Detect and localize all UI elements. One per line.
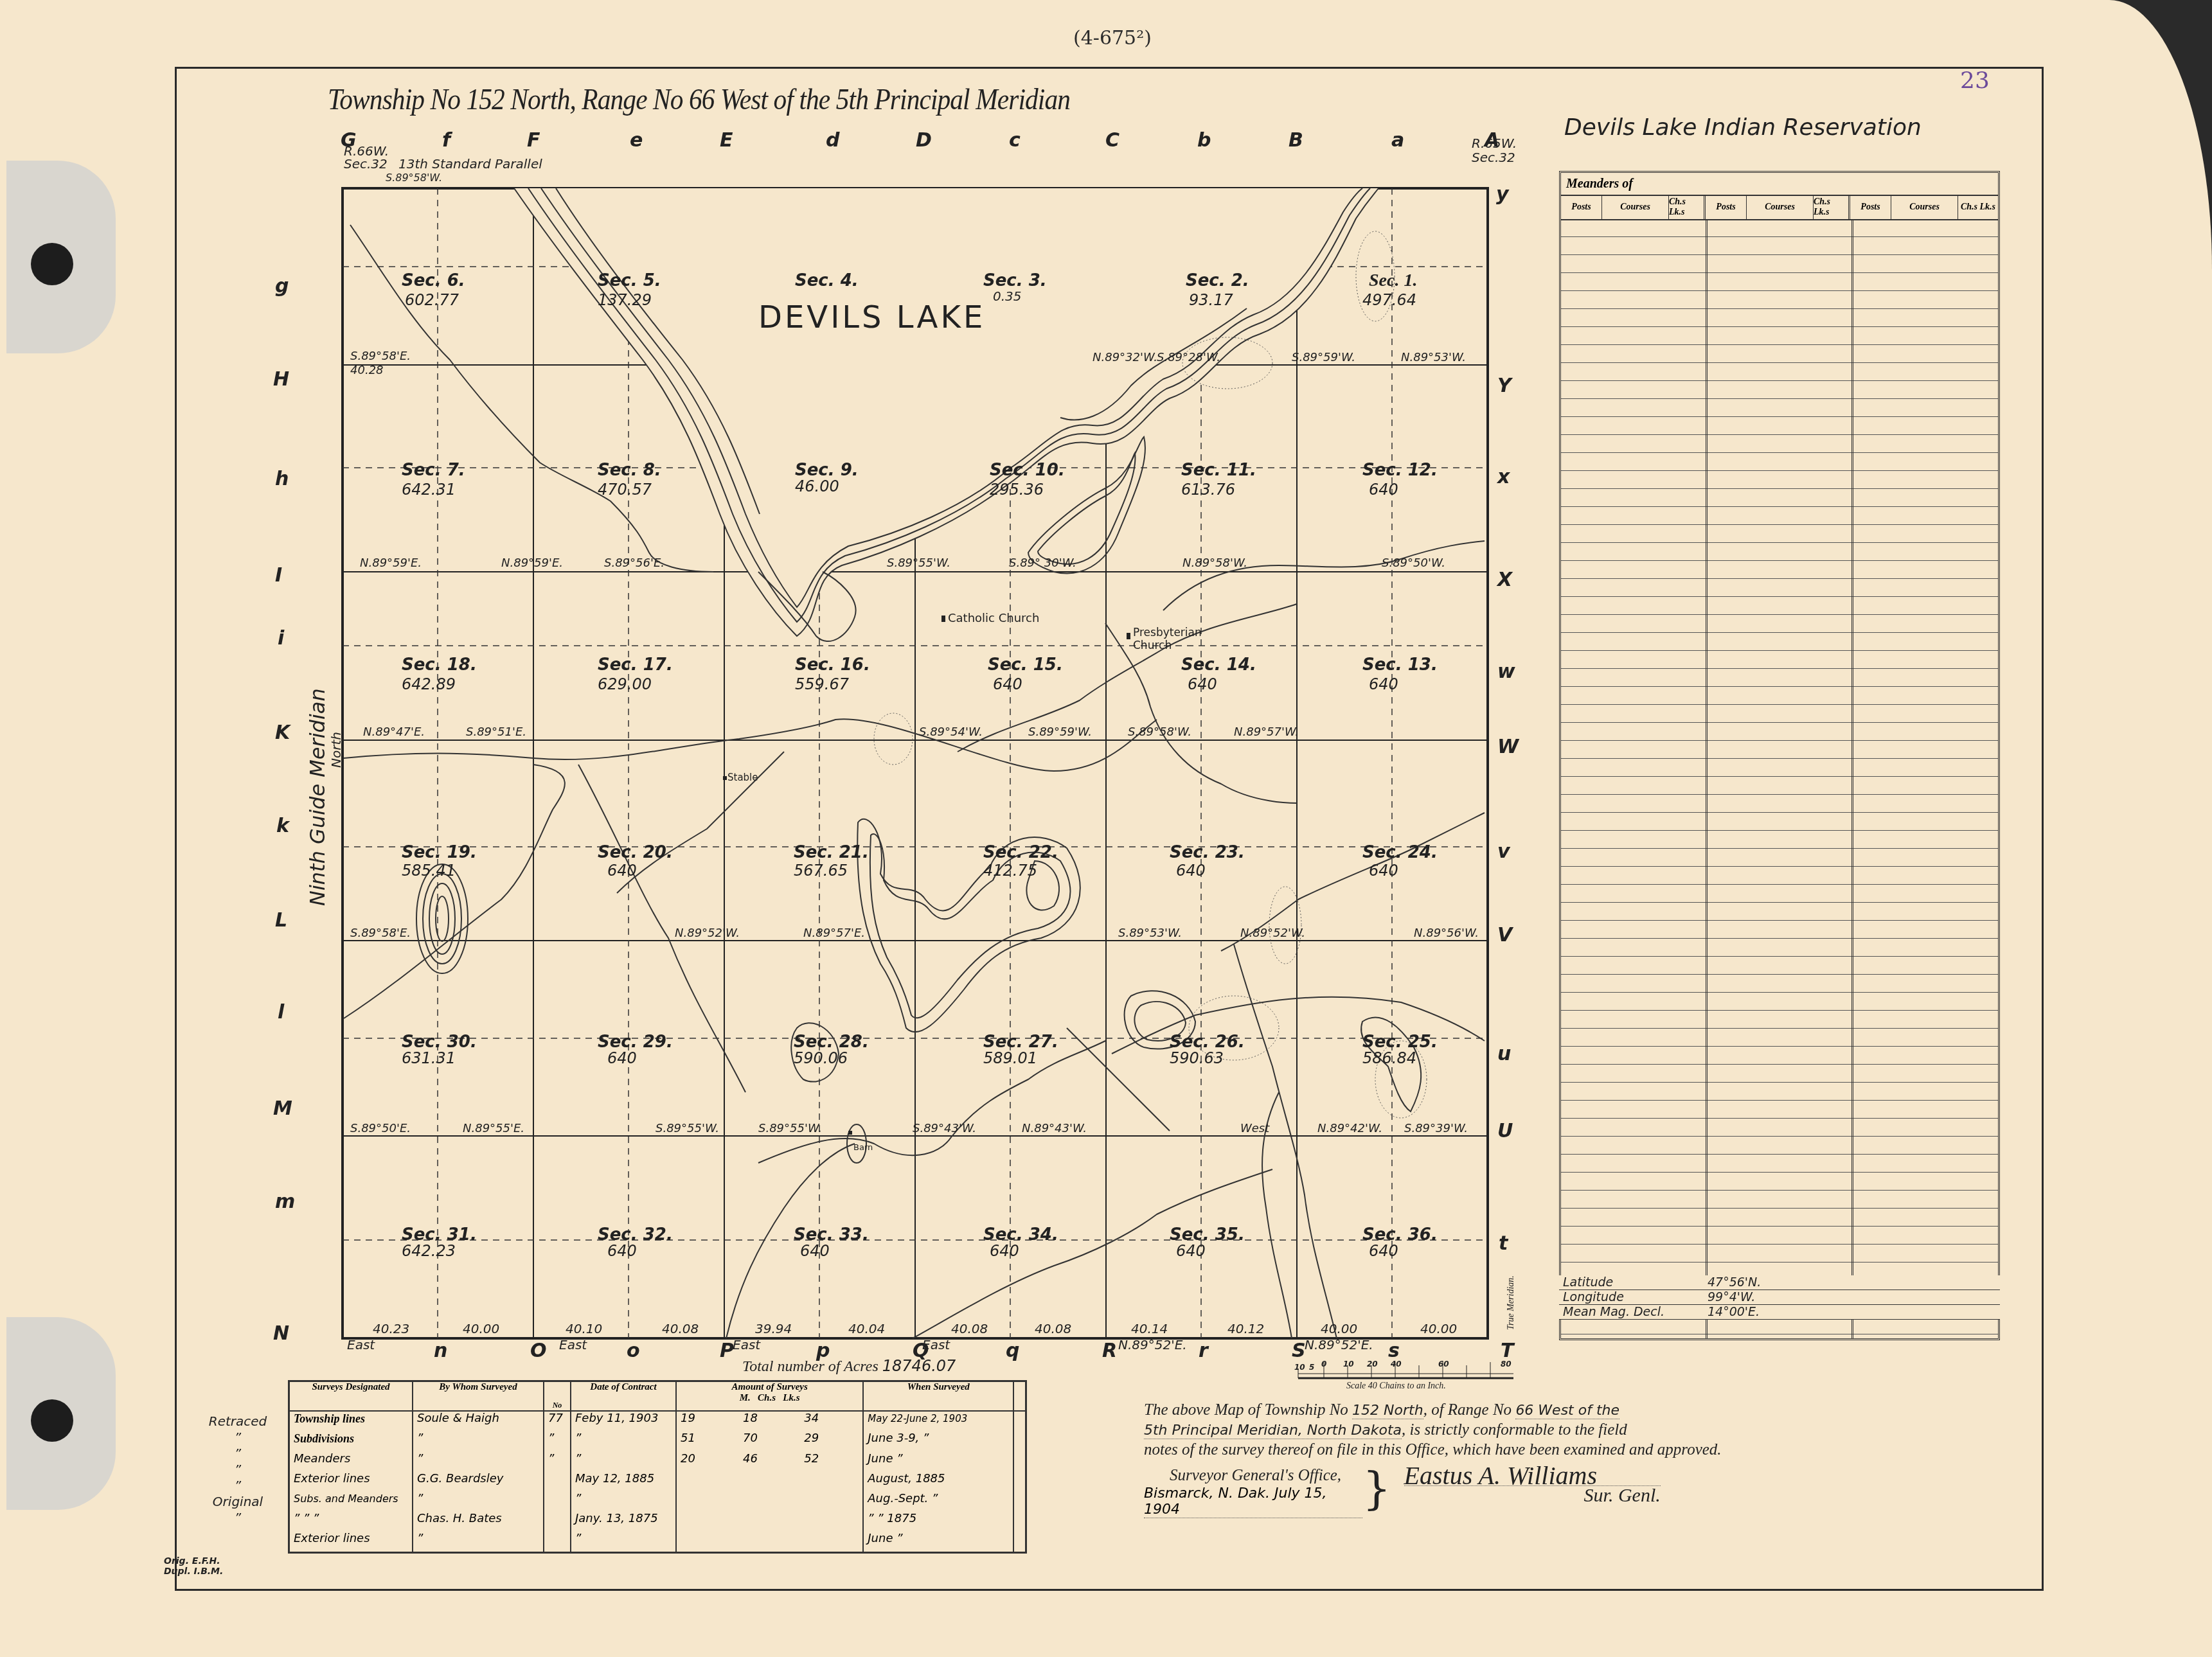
svg-text:I: I [275,564,282,587]
svg-text:S.89°55'W.: S.89°55'W. [887,556,950,570]
svg-text:10: 10 [1343,1360,1354,1369]
svg-text:R: R [1102,1340,1117,1362]
survey-plat-sheet: (4-675²) 23 Township No 152 North, Range… [0,0,2212,1657]
meanders-title: Meanders of [1561,173,1998,196]
table-row: Exterior lines”” June ” [290,1532,1025,1552]
meanders-ruled-body [1561,219,1998,1338]
svg-text:Sec. 20.: Sec. 20. [598,843,673,862]
svg-text:Sec. 23.: Sec. 23. [1170,843,1245,862]
svg-text:w: w [1497,660,1515,683]
svg-text:602.77: 602.77 [405,291,459,309]
svg-text:640: 640 [1369,675,1398,693]
svg-text:589.01: 589.01 [983,1049,1037,1067]
svg-text:S.89°55'W.: S.89°55'W. [758,1122,822,1135]
header-date-of-contract: Date of Contract [571,1382,676,1411]
svg-text:N: N [273,1322,289,1345]
svg-text:Presbyterian: Presbyterian [1133,626,1202,639]
svg-text:Sec. 3.: Sec. 3. [983,271,1047,290]
svg-text:y: y [1496,183,1510,206]
svg-text:295.36: 295.36 [990,481,1044,499]
survey-status-column: Retraced ” ” ” ” Original ” [193,1413,283,1526]
lake-label: DEVILS LAKE [758,299,985,335]
col-posts: Posts [1561,196,1602,219]
svg-text:Sec.32: Sec.32 [1472,150,1515,165]
svg-text:20: 20 [1367,1360,1378,1369]
svg-text:N.89°52'E.: N.89°52'E. [1118,1337,1187,1352]
svg-text:Church: Church [1133,639,1172,652]
svg-text:P: P [720,1340,734,1362]
surveyor-certificate: The above Map of Township No 152 North, … [1144,1401,1806,1518]
top-letters: GfFe EdDc CbBa A [341,129,1499,152]
table-row: Subdivisions””” 517029June 3-9, ” [290,1431,1025,1451]
scale-bar: 1050 102040 6080 [1294,1360,1513,1378]
cert-office: Surveyor General's Office, [1144,1466,1362,1485]
svg-text:40.04: 40.04 [848,1321,885,1336]
svg-text:N.89°42'W.: N.89°42'W. [1317,1122,1382,1135]
svg-text:i: i [278,627,285,650]
svg-text:S.89°39'W.: S.89°39'W. [1404,1122,1468,1135]
header-blank [1013,1382,1025,1411]
total-acres: Total number of Acres 18746.07 [742,1357,956,1376]
svg-text:N.89°59'E.: N.89°59'E. [360,556,422,570]
svg-text:e: e [630,129,643,152]
surveyor-signature: Eastus A. Williams [1404,1466,1661,1486]
header-by-whom: By Whom Surveyed [413,1382,544,1411]
table-row: Subs. and Meanders”” Aug.-Sept. ” [290,1492,1025,1512]
svg-text:U: U [1497,1120,1513,1142]
table-row: Meanders””” 204652June ” [290,1452,1025,1472]
svg-text:40.12: 40.12 [1227,1321,1264,1336]
svg-text:640: 640 [1188,675,1217,693]
cert-place-date: Bismarck, N. Dak. July 15, 1904 [1144,1485,1362,1518]
svg-text:Sec. 7.: Sec. 7. [402,461,465,480]
svg-text:b: b [1197,129,1211,152]
svg-text:S.89° 30'W.: S.89° 30'W. [1009,556,1076,570]
svg-text:Sec. 15.: Sec. 15. [988,655,1063,675]
svg-text:N.89°53'W.: N.89°53'W. [1401,351,1466,364]
svg-text:640: 640 [800,1242,830,1260]
svg-text:North: North [328,732,344,768]
svg-text:Sec. 4.: Sec. 4. [795,271,859,290]
svg-text:642.31: 642.31 [402,481,456,499]
svg-text:40.23: 40.23 [373,1321,409,1336]
svg-text:10: 10 [1294,1363,1305,1372]
geo-coordinates: Latitude 47°56'N. Longitude 99°4'W. Mean… [1559,1275,2000,1320]
svg-text:412.75: 412.75 [983,862,1037,880]
svg-text:c: c [1009,129,1021,152]
svg-text:13th Standard Parallel: 13th Standard Parallel [398,156,542,172]
bottom-distances: 40.2340.0040.1040.08 39.9440.0440.0840.0… [347,1321,1457,1352]
scale-label: Scale 40 Chains to an Inch. [1346,1381,1446,1392]
svg-text:N.89°57'E.: N.89°57'E. [803,926,865,940]
svg-text:0.35: 0.35 [993,288,1022,304]
svg-text:N.89°52'E.: N.89°52'E. [1305,1337,1373,1352]
svg-text:C: C [1105,129,1119,152]
svg-text:640: 640 [607,862,637,880]
svg-text:640: 640 [993,675,1022,693]
svg-text:40.00: 40.00 [1420,1321,1457,1336]
svg-text:S.89°58'W.: S.89°58'W. [1128,725,1191,739]
svg-text:l: l [278,1001,285,1023]
svg-text:40.00: 40.00 [1321,1321,1357,1336]
svg-text:586.84: 586.84 [1362,1049,1416,1067]
total-acres-value: 18746.07 [882,1357,956,1375]
table-row: Exterior linesG.G. BeardsleyMay 12, 1885… [290,1472,1025,1492]
svg-text:Catholic Church: Catholic Church [948,612,1039,625]
svg-text:L: L [275,909,287,932]
svg-text:640: 640 [607,1242,637,1260]
svg-text:Sec. 11.: Sec. 11. [1181,461,1256,480]
svg-text:N.89°32'W.: N.89°32'W. [1093,351,1157,364]
svg-text:S.89°58'W.: S.89°58'W. [386,172,442,184]
cert-meridian: 5th Principal Meridian, North Dakota [1144,1422,1402,1439]
svg-text:Sec. 1.: Sec. 1. [1369,270,1417,290]
svg-text:Sec. 22.: Sec. 22. [983,843,1058,862]
svg-text:N.89°57'W.: N.89°57'W. [1234,725,1299,739]
meanders-table: Meanders of Posts Courses Ch.s Lk.s Post… [1559,171,2000,1340]
header-surveys-designated: Surveys Designated [290,1382,413,1411]
svg-text:137.29: 137.29 [598,291,652,309]
svg-text:N.89°56'W.: N.89°56'W. [1414,926,1479,940]
svg-text:40.00: 40.00 [463,1321,499,1336]
svg-text:640: 640 [1369,862,1398,880]
svg-text:S.89°59'W.: S.89°59'W. [1028,725,1092,739]
table-row: Township linesSoule & Haigh77Feby 11, 19… [290,1411,1025,1431]
svg-text:Sec. 21.: Sec. 21. [794,843,869,862]
svg-text:g: g [275,275,289,297]
svg-text:S.89°54'W.: S.89°54'W. [919,725,983,739]
svg-text:W: W [1497,736,1520,758]
header-when-surveyed: When Surveyed [863,1382,1013,1411]
svg-text:631.31: 631.31 [402,1049,456,1067]
svg-text:s: s [1388,1340,1400,1362]
svg-text:x: x [1496,466,1511,488]
svg-text:B: B [1289,129,1303,152]
svg-text:N.89°47'E.: N.89°47'E. [363,725,425,739]
col-courses: Courses [1891,196,1958,219]
svg-text:S.89°51'E.: S.89°51'E. [466,725,526,739]
svg-text:o: o [627,1340,640,1362]
svg-text:640: 640 [1369,481,1398,499]
svg-text:640: 640 [1176,1242,1206,1260]
col-posts: Posts [1706,196,1747,219]
svg-text:M: M [273,1097,292,1120]
right-letters: yYxX wWvV uUtT [1496,183,1520,1362]
svg-text:Sec. 24.: Sec. 24. [1362,843,1438,862]
svg-text:40.08: 40.08 [951,1321,988,1336]
svg-text:Sec. 12.: Sec. 12. [1362,461,1438,480]
svg-text:0: 0 [1321,1360,1326,1369]
svg-text:N.89°58'W.: N.89°58'W. [1182,556,1247,570]
svg-text:590.63: 590.63 [1170,1049,1224,1067]
surveys-table: Surveys Designated By Whom Surveyed No D… [288,1380,1027,1554]
meanders-column-headers: Posts Courses Ch.s Lk.s Posts Courses Ch… [1561,196,1998,220]
svg-text:N.89°52'W.: N.89°52'W. [1240,926,1305,940]
svg-text:93.17: 93.17 [1189,291,1233,309]
svg-text:Y: Y [1497,375,1513,397]
col-chains-links: Ch.s Lk.s [1669,196,1706,219]
svg-text:Stable: Stable [727,772,758,783]
svg-text:u: u [1497,1043,1511,1065]
svg-text:S.89°58'E.: S.89°58'E. [350,350,411,363]
svg-text:40.08: 40.08 [662,1321,699,1336]
svg-text:West: West [1240,1122,1270,1135]
header-amount: Amount of SurveysM. Ch.s Lk.s [676,1382,863,1411]
col-chains-links: Ch.s Lk.s [1814,196,1850,219]
svg-text:k: k [276,815,290,837]
svg-text:Sec. 16.: Sec. 16. [795,655,870,675]
geo-latitude: Latitude 47°56'N. [1559,1275,2000,1290]
svg-text:N.89°55'E.: N.89°55'E. [463,1122,524,1135]
header-no: No [544,1382,571,1411]
svg-text:t: t [1499,1232,1509,1255]
svg-text:East: East [733,1337,761,1352]
geo-longitude: Longitude 99°4'W. [1559,1290,2000,1305]
cert-range: 66 West of the [1515,1403,1619,1419]
svg-text:Sec. 5.: Sec. 5. [598,271,661,290]
svg-text:640: 640 [1176,862,1206,880]
svg-text:n: n [434,1340,447,1362]
svg-text:613.76: 613.76 [1181,481,1235,499]
svg-text:Sec. 17.: Sec. 17. [598,655,673,675]
col-courses: Courses [1747,196,1814,219]
svg-text:642.89: 642.89 [402,675,456,693]
svg-text:S.89°59'W.: S.89°59'W. [1292,351,1355,364]
svg-text:East: East [922,1337,950,1352]
svg-text:a: a [1391,129,1404,152]
svg-text:40.14: 40.14 [1131,1321,1168,1336]
left-letters: gHhI iKkL lMmN [273,275,295,1345]
svg-text:X: X [1496,569,1513,591]
svg-text:39.94: 39.94 [755,1321,792,1336]
svg-text:O: O [530,1340,547,1362]
svg-text:True Meridian.: True Meridian. [1506,1275,1516,1330]
svg-text:S.89°56'E.: S.89°56'E. [604,556,664,570]
svg-text:Barn: Barn [853,1143,873,1153]
svg-text:640: 640 [607,1049,637,1067]
svg-text:Sec. 18.: Sec. 18. [402,655,477,675]
svg-text:Sec. 13.: Sec. 13. [1362,655,1438,675]
svg-text:S.89°55'W.: S.89°55'W. [656,1122,719,1135]
table-row: ” ” ”Chas. H. BatesJany. 13, 1875 ” ” 18… [290,1512,1025,1532]
svg-text:v: v [1497,840,1511,863]
svg-text:m: m [275,1191,295,1213]
svg-text:f: f [442,129,453,152]
svg-text:K: K [275,722,292,744]
svg-text:V: V [1497,924,1514,946]
total-acres-label: Total number of Acres [742,1358,879,1375]
geo-magnetic-declination: Mean Mag. Decl. 14°00'E. [1559,1305,2000,1320]
svg-text:585.41: 585.41 [402,862,456,880]
svg-text:N.89°52'W.: N.89°52'W. [675,926,740,940]
svg-text:80: 80 [1501,1360,1512,1369]
col-chains-links: Ch.s Lk.s [1958,196,1998,219]
svg-text:H: H [273,368,289,391]
svg-text:T: T [1501,1340,1515,1362]
svg-text:Sec. 10.: Sec. 10. [990,461,1065,480]
svg-text:S.89°58'E.: S.89°58'E. [350,926,411,940]
svg-text:N.89°43'W.: N.89°43'W. [1022,1122,1087,1135]
svg-text:559.67: 559.67 [795,675,850,693]
svg-text:642.23: 642.23 [402,1242,456,1260]
svg-text:590.06: 590.06 [794,1049,848,1067]
svg-text:N.89°59'E.: N.89°59'E. [501,556,563,570]
svg-text:r: r [1199,1340,1209,1362]
draftsman-initials: Orig. E.F.H. Dupl. I.B.M. [164,1556,223,1577]
svg-text:A: A [1483,129,1499,152]
svg-text:40.28: 40.28 [350,364,384,377]
svg-text:470.57: 470.57 [598,481,652,499]
svg-text:S.89°50'E.: S.89°50'E. [350,1122,411,1135]
svg-text:40.10: 40.10 [566,1321,602,1336]
svg-text:F: F [527,129,540,152]
svg-text:S.89°53'W.: S.89°53'W. [1118,926,1182,940]
svg-text:d: d [826,129,840,152]
svg-text:Sec.32: Sec.32 [344,156,388,172]
svg-text:640: 640 [990,1242,1019,1260]
svg-text:567.65: 567.65 [794,862,848,880]
svg-text:497.64: 497.64 [1362,291,1416,309]
svg-text:46.00: 46.00 [795,477,839,495]
svg-text:E: E [720,129,733,152]
svg-text:S.89°50'W.: S.89°50'W. [1382,556,1445,570]
svg-text:Sec. 14.: Sec. 14. [1181,655,1256,675]
svg-text:G: G [341,129,357,152]
svg-text:629.00: 629.00 [598,675,652,693]
svg-text:40.08: 40.08 [1035,1321,1071,1336]
col-posts: Posts [1850,196,1891,219]
cert-township: 152 North [1352,1403,1423,1419]
svg-text:q: q [1006,1340,1019,1362]
svg-text:S.89°43'W.: S.89°43'W. [913,1122,976,1135]
svg-text:Sec. 6.: Sec. 6. [402,271,465,290]
svg-text:S.89°28'W.: S.89°28'W. [1157,351,1220,364]
svg-text:Sec. 2.: Sec. 2. [1186,271,1249,290]
svg-text:Sec. 8.: Sec. 8. [598,461,661,480]
svg-text:Ninth Guide Meridian: Ninth Guide Meridian [305,688,330,906]
svg-text:40: 40 [1390,1360,1402,1369]
svg-text:Sec. 19.: Sec. 19. [402,843,477,862]
svg-text:5: 5 [1309,1363,1314,1372]
col-courses: Courses [1602,196,1669,219]
svg-text:East: East [559,1337,587,1352]
svg-text:h: h [275,468,289,490]
svg-text:S: S [1292,1340,1306,1362]
svg-text:640: 640 [1369,1242,1398,1260]
svg-text:60: 60 [1438,1360,1449,1369]
svg-text:D: D [916,129,932,152]
svg-text:East: East [347,1337,375,1352]
